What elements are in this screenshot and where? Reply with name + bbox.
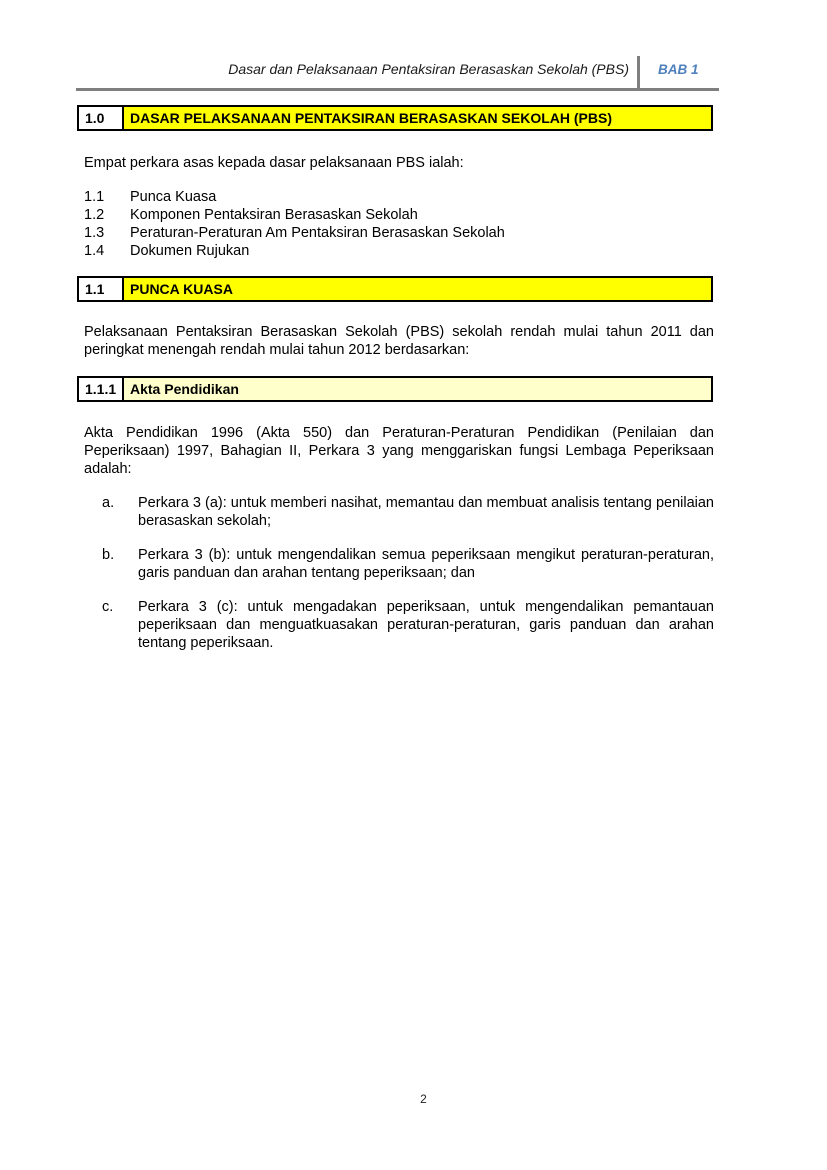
basic-items-list: 1.1Punca Kuasa 1.2Komponen Pentaksiran B… (84, 188, 505, 260)
item-text: Perkara 3 (a): untuk memberi nasihat, me… (138, 494, 714, 530)
item-text: Dokumen Rujukan (130, 242, 249, 260)
section-title: PUNCA KUASA (124, 278, 711, 300)
chapter-label: BAB 1 (658, 62, 699, 77)
item-number: 1.1 (84, 188, 130, 206)
list-item: 1.1Punca Kuasa (84, 188, 505, 206)
perkara-list: a. Perkara 3 (a): untuk memberi nasihat,… (102, 494, 714, 668)
section-number: 1.0 (79, 107, 124, 129)
list-item: a. Perkara 3 (a): untuk memberi nasihat,… (102, 494, 714, 530)
section-heading-1-1: 1.1 PUNCA KUASA (77, 276, 713, 302)
punca-kuasa-paragraph: Pelaksanaan Pentaksiran Berasaskan Sekol… (84, 323, 714, 359)
header-divider (637, 56, 640, 88)
akta-paragraph: Akta Pendidikan 1996 (Akta 550) dan Pera… (84, 424, 714, 478)
section-number: 1.1 (79, 278, 124, 300)
page-header: Dasar dan Pelaksanaan Pentaksiran Berasa… (76, 56, 719, 91)
page-number: 2 (0, 1092, 827, 1106)
item-text: Punca Kuasa (130, 188, 216, 206)
item-text: Perkara 3 (b): untuk mengendalikan semua… (138, 546, 714, 582)
item-number: 1.2 (84, 206, 130, 224)
list-item: 1.4Dokumen Rujukan (84, 242, 505, 260)
list-item: b. Perkara 3 (b): untuk mengendalikan se… (102, 546, 714, 582)
section-heading-1-1-1: 1.1.1 Akta Pendidikan (77, 376, 713, 402)
item-letter: c. (102, 598, 138, 652)
list-item: c. Perkara 3 (c): untuk mengadakan peper… (102, 598, 714, 652)
item-text: Komponen Pentaksiran Berasaskan Sekolah (130, 206, 418, 224)
section-heading-1-0: 1.0 DASAR PELAKSANAAN PENTAKSIRAN BERASA… (77, 105, 713, 131)
section-title: Akta Pendidikan (124, 378, 711, 400)
section-title: DASAR PELAKSANAAN PENTAKSIRAN BERASASKAN… (124, 107, 711, 129)
item-number: 1.4 (84, 242, 130, 260)
item-text: Perkara 3 (c): untuk mengadakan peperiks… (138, 598, 714, 652)
list-item: 1.3Peraturan-Peraturan Am Pentaksiran Be… (84, 224, 505, 242)
item-letter: b. (102, 546, 138, 582)
document-title: Dasar dan Pelaksanaan Pentaksiran Berasa… (228, 61, 629, 77)
intro-paragraph: Empat perkara asas kepada dasar pelaksan… (84, 154, 714, 172)
item-text: Peraturan-Peraturan Am Pentaksiran Beras… (130, 224, 505, 242)
list-item: 1.2Komponen Pentaksiran Berasaskan Sekol… (84, 206, 505, 224)
item-letter: a. (102, 494, 138, 530)
item-number: 1.3 (84, 224, 130, 242)
section-number: 1.1.1 (79, 378, 124, 400)
